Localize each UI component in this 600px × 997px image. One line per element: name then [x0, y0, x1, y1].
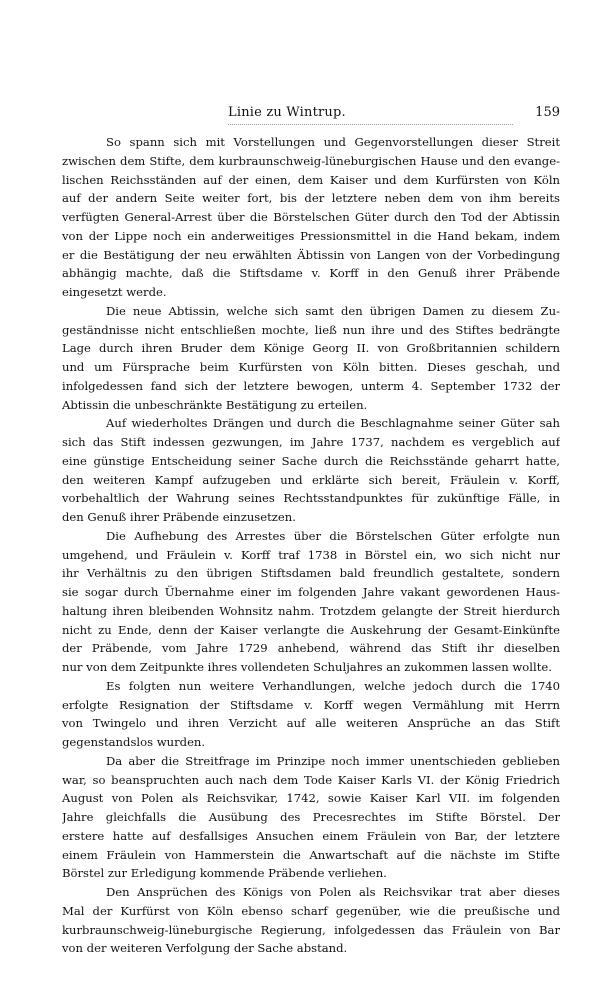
text-line: Jahre gleichfalls die Ausübung des Prece… [62, 808, 560, 827]
text-line: erstere hatte auf desfallsiges Ansuchen … [62, 827, 560, 846]
text-line: lischen Reichsständen auf der einen, dem… [62, 171, 560, 190]
text-line: Die Aufhebung des Arrestes über die Börs… [62, 527, 560, 546]
paragraph: Es folgten nun weitere Verhandlungen, we… [62, 677, 560, 752]
text-line: war, so beanspruchten auch nach dem Tode… [62, 771, 560, 790]
text-line: kurbraunschweig-lüneburgische Regierung,… [62, 921, 560, 940]
text-line: eingesetzt werde. [62, 283, 560, 302]
text-line: der Präbende, vom Jahre 1729 anhebend, w… [62, 639, 560, 658]
text-line: Die neue Abtissin, welche sich samt den … [62, 302, 560, 321]
text-line: und um Fürsprache beim Kurfürsten von Kö… [62, 358, 560, 377]
text-line: Mal der Kurfürst von Köln ebenso scharf … [62, 902, 560, 921]
paragraph: Die neue Abtissin, welche sich samt den … [62, 302, 560, 415]
paragraph: Die Aufhebung des Arrestes über die Börs… [62, 527, 560, 677]
text-line: Es folgten nun weitere Verhandlungen, we… [62, 677, 560, 696]
text-line: infolgedessen fand sich der letztere bew… [62, 377, 560, 396]
running-title: Linie zu Wintrup. [228, 105, 346, 120]
text-line: einem Fräulein von Hammerstein die Anwar… [62, 846, 560, 865]
paragraph: Den Ansprüchen des Königs von Polen als … [62, 883, 560, 958]
text-line: So spann sich mit Vorstellungen und Gege… [62, 133, 560, 152]
text-line: nur von dem Zeitpunkte ihres vollendeten… [62, 658, 560, 677]
text-line: von der Lippe noch ein anderweitiges Pre… [62, 227, 560, 246]
text-line: Börstel zur Erledigung kommende Präbende… [62, 864, 560, 883]
text-line: Auf wiederholtes Drängen und durch die B… [62, 414, 560, 433]
text-line: vorbehaltlich der Wahrung seines Rechtss… [62, 489, 560, 508]
text-line: auf der andern Seite weiter fort, bis de… [62, 189, 560, 208]
paragraph: Da aber die Streitfrage im Prinzipe noch… [62, 752, 560, 883]
page-header: Linie zu Wintrup. 159 [228, 105, 560, 125]
text-line: sich das Stift indessen gezwungen, im Ja… [62, 433, 560, 452]
paragraph: Auf wiederholtes Drängen und durch die B… [62, 414, 560, 527]
text-line: erfolgte Resignation der Stiftsdame v. K… [62, 696, 560, 715]
text-line: Da aber die Streitfrage im Prinzipe noch… [62, 752, 560, 771]
text-line: sie sogar durch Übernahme einer im folge… [62, 583, 560, 602]
header-rule [228, 124, 513, 125]
text-line: August von Polen als Reichsvikar, 1742, … [62, 789, 560, 808]
text-line: zwischen dem Stifte, dem kurbraunschweig… [62, 152, 560, 171]
text-line: nicht zu Ende, denn der Kaiser verlangte… [62, 621, 560, 640]
text-line: den weiteren Kampf aufzugeben und erklär… [62, 471, 560, 490]
text-line: verfügten General-Arrest über die Börste… [62, 208, 560, 227]
text-line: geständnisse nicht entschließen mochte, … [62, 321, 560, 340]
page-number: 159 [535, 105, 560, 120]
text-line: gegenstandslos wurden. [62, 733, 560, 752]
text-line: den Genuß ihrer Präbende einzusetzen. [62, 508, 560, 527]
book-page: Linie zu Wintrup. 159 So spann sich mit … [0, 0, 600, 997]
text-line: Den Ansprüchen des Königs von Polen als … [62, 883, 560, 902]
text-line: ihr Verhältnis zu den übrigen Stiftsdame… [62, 564, 560, 583]
paragraph: So spann sich mit Vorstellungen und Gege… [62, 133, 560, 302]
text-line: abhängig machte, daß die Stiftsdame v. K… [62, 264, 560, 283]
text-line: haltung ihren bleibenden Wohnsitz nahm. … [62, 602, 560, 621]
text-line: Lage durch ihren Bruder dem Könige Georg… [62, 339, 560, 358]
text-line: eine günstige Entscheidung seiner Sache … [62, 452, 560, 471]
text-line: er die Bestätigung der neu erwählten Äbt… [62, 246, 560, 265]
text-line: umgehend, und Fräulein v. Korff traf 173… [62, 546, 560, 565]
text-line: von der weiteren Verfolgung der Sache ab… [62, 939, 560, 958]
body-text: So spann sich mit Vorstellungen und Gege… [62, 133, 560, 958]
text-line: von Twingelo und ihren Verzicht auf alle… [62, 714, 560, 733]
text-line: Abtissin die unbeschränkte Bestätigung z… [62, 396, 560, 415]
